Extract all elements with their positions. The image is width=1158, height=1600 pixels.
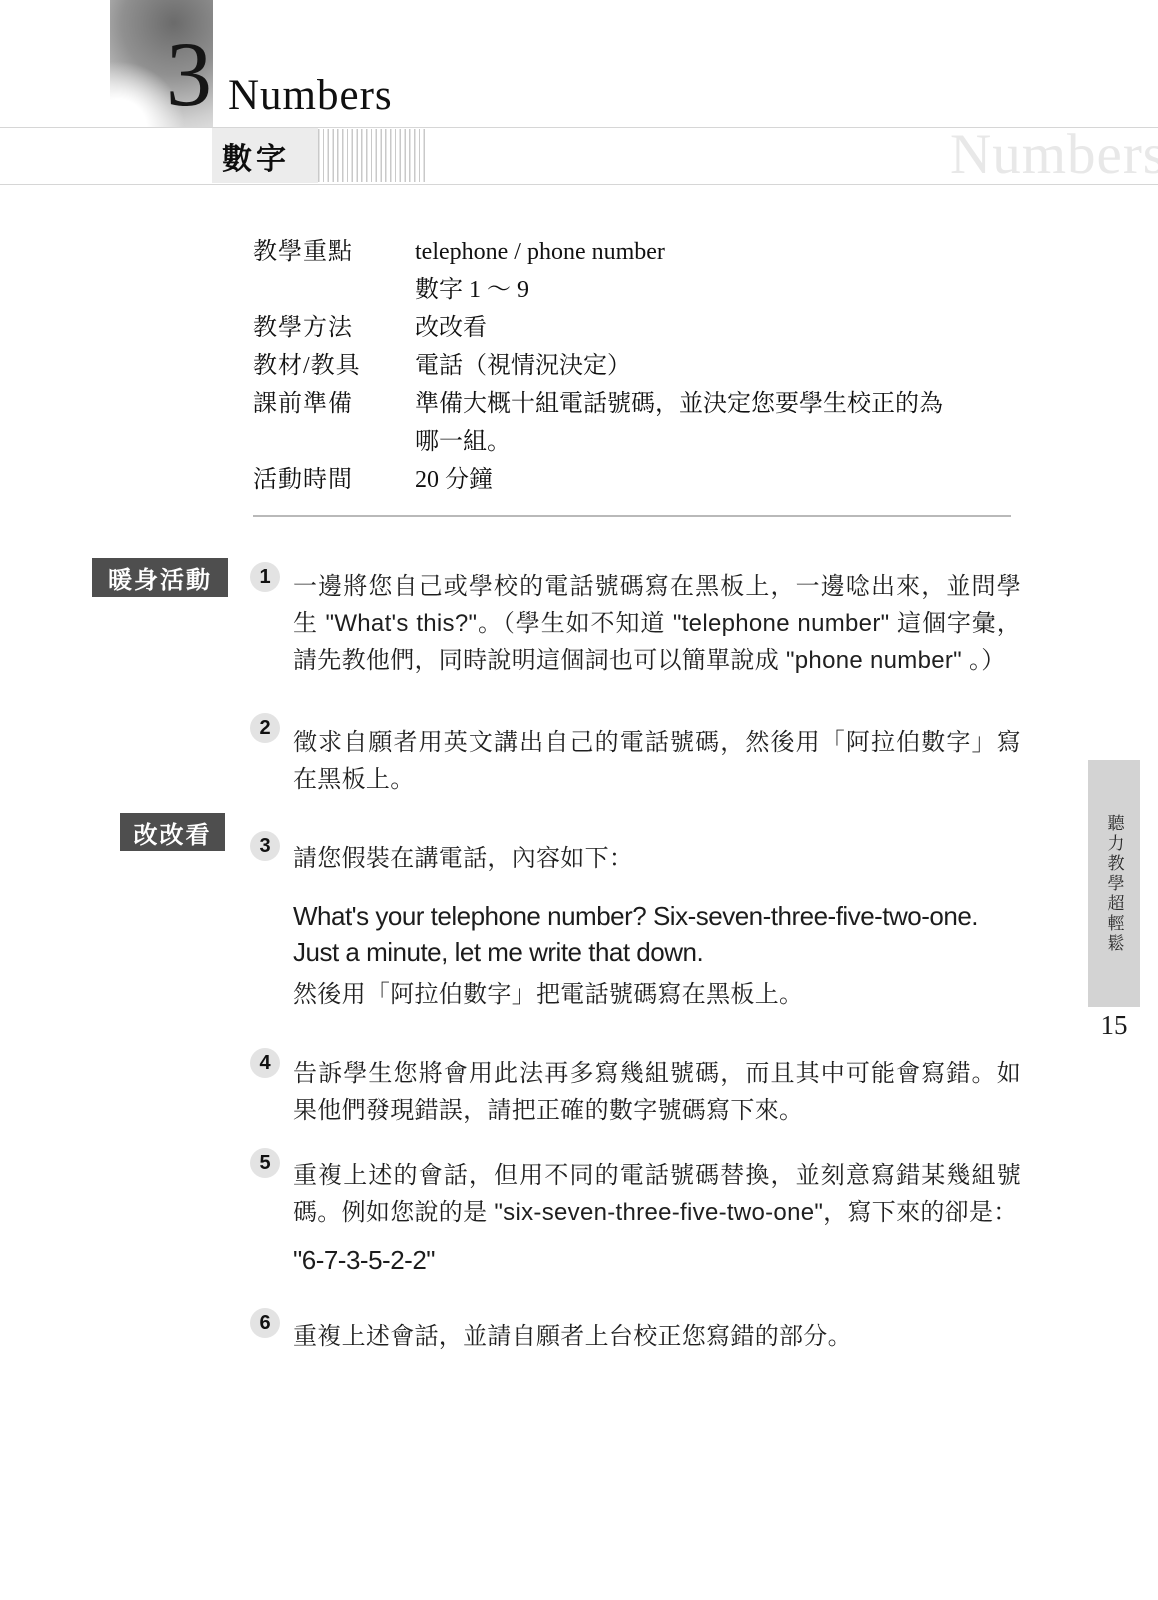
step-6-number: 6	[250, 1308, 280, 1338]
info-value-line: 哪一組。	[415, 423, 1013, 461]
step-1-text: 一邊將您自己或學校的電話號碼寫在黑板上，一邊唸出來，並問學生 "What's t…	[293, 568, 1021, 679]
info-value: 改改看	[415, 309, 1013, 347]
modify-section-label: 改改看	[120, 813, 225, 851]
stripes-decoration	[318, 129, 425, 182]
step-4: 4 告訴學生您將會用此法再多寫幾組號碼，而且其中可能會寫錯。如果他們發現錯誤，請…	[293, 1055, 1021, 1129]
chapter-number: 3	[152, 28, 212, 120]
info-value: 準備大概十組電話號碼，並決定您要學生校正的為 哪一組。	[415, 385, 1013, 461]
page-number: 15	[1088, 1010, 1140, 1041]
step-3: 3 請您假裝在講電話，內容如下：	[293, 840, 1021, 877]
section-divider	[253, 515, 1011, 517]
step-3-text: 請您假裝在講電話，內容如下：	[293, 840, 1021, 877]
step-5-number: 5	[250, 1148, 280, 1178]
chapter-title: Numbers	[228, 74, 393, 117]
step-1: 1 一邊將您自己或學校的電話號碼寫在黑板上，一邊唸出來，並問學生 "What's…	[293, 568, 1021, 679]
info-label: 課前準備	[253, 385, 415, 461]
info-label: 活動時間	[253, 461, 415, 499]
step-5: 5 重複上述的會話，但用不同的電話號碼替換，並刻意寫錯某幾組號碼。例如您說的是 …	[293, 1157, 1021, 1231]
info-label: 教學重點	[253, 233, 415, 309]
sidebar-tab: 聽力教學超輕鬆	[1088, 760, 1140, 1007]
step-1-number: 1	[250, 562, 280, 592]
info-value-line: telephone / phone number	[415, 233, 1013, 271]
step-3-number: 3	[250, 831, 280, 861]
step-5-text: 重複上述的會話，但用不同的電話號碼替換，並刻意寫錯某幾組號碼。例如您說的是 "s…	[293, 1157, 1021, 1231]
step-6-text: 重複上述會話，並請自願者上台校正您寫錯的部分。	[293, 1318, 1021, 1355]
step-6: 6 重複上述會話，並請自願者上台校正您寫錯的部分。	[293, 1318, 1021, 1355]
dialogue-line: What's your telephone number? Six-seven-…	[293, 898, 1033, 934]
step-4-text: 告訴學生您將會用此法再多寫幾組號碼，而且其中可能會寫錯。如果他們發現錯誤，請把正…	[293, 1055, 1021, 1129]
step-2-text: 徵求自願者用英文講出自己的電話號碼，然後用「阿拉伯數字」寫在黑板上。	[293, 724, 1021, 798]
table-row: 課前準備 準備大概十組電話號碼，並決定您要學生校正的為 哪一組。	[253, 385, 1013, 461]
warmup-section-label: 暖身活動	[92, 558, 228, 597]
table-row: 教學重點 telephone / phone number 數字 1 ～ 9	[253, 233, 1013, 309]
info-value: 20 分鐘	[415, 461, 1013, 499]
table-row: 活動時間 20 分鐘	[253, 461, 1013, 499]
info-label: 教材/教具	[253, 347, 415, 385]
step-2: 2 徵求自願者用英文講出自己的電話號碼，然後用「阿拉伯數字」寫在黑板上。	[293, 724, 1021, 798]
chapter-subtitle: 數字	[212, 128, 318, 183]
table-row: 教材/教具 電話（視情況決定）	[253, 347, 1013, 385]
dialogue-block: What's your telephone number? Six-seven-…	[293, 898, 1033, 970]
info-table: 教學重點 telephone / phone number 數字 1 ～ 9 教…	[253, 233, 1013, 499]
dialogue-line: Just a minute, let me write that down.	[293, 934, 1033, 970]
info-value: telephone / phone number 數字 1 ～ 9	[415, 233, 1013, 309]
info-label: 教學方法	[253, 309, 415, 347]
sidebar-tab-text: 聽力教學超輕鬆	[1102, 814, 1127, 954]
table-row: 教學方法 改改看	[253, 309, 1013, 347]
step-4-number: 4	[250, 1048, 280, 1078]
step-3-followup: 然後用「阿拉伯數字」把電話號碼寫在黑板上。	[293, 976, 1021, 1013]
step-2-number: 2	[250, 713, 280, 743]
info-value-line: 準備大概十組電話號碼，並決定您要學生校正的為	[415, 385, 1013, 423]
header-watermark: Numbers	[950, 126, 1158, 183]
info-value: 電話（視情況決定）	[415, 347, 1013, 385]
info-value-line: 數字 1 ～ 9	[415, 271, 1013, 309]
wrong-example: "6-7-3-5-2-2"	[293, 1242, 1033, 1278]
